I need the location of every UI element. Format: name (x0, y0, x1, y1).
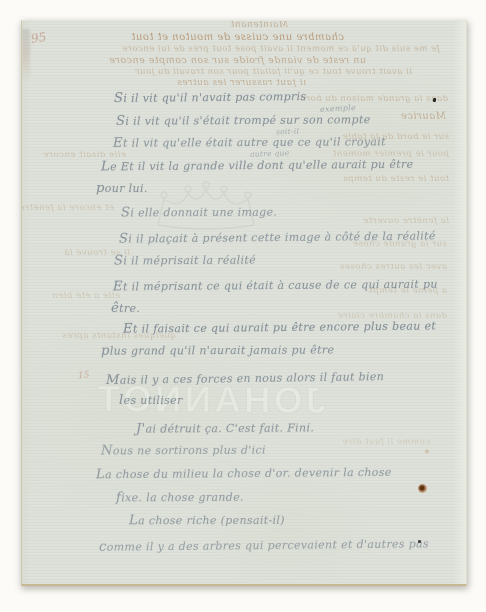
main-text-layer: Si il vit qu'il n'avait pas comprisSi il… (22, 21, 466, 584)
manuscript-line: Et il faisait ce qui aurait pu être enco… (123, 319, 436, 337)
small-ink-dot (418, 540, 421, 543)
manuscript-line: Le Et il vit la grande ville dont qu'ell… (101, 158, 414, 175)
margin-number-mark: 15 (78, 371, 90, 382)
manuscript-line: fixe. la chose grande. (116, 491, 244, 506)
left-edge-smudge (22, 29, 30, 81)
manuscript-line: les utiliser (119, 394, 183, 409)
manuscript-line: plus grand qu'il n'aurait jamais pu être (101, 343, 334, 359)
manuscript-line: Si elle donnait une image. (121, 206, 277, 221)
manuscript-line: J'ai détruit ça. C'est fait. Fini. (136, 421, 314, 437)
manuscript-line: être. (111, 302, 140, 317)
rust-foxing-spot (424, 449, 430, 454)
scan-background: Maintenantchambre une cuisse de mouton e… (0, 0, 486, 612)
paper-sheet: Maintenantchambre une cuisse de mouton e… (21, 20, 467, 586)
manuscript-line: pour lui. (96, 182, 148, 197)
manuscript-insertion: exemple (320, 104, 357, 115)
ink-stain (418, 484, 427, 493)
manuscript-line: comme il y a des arbres qui percevaient … (99, 537, 429, 555)
manuscript-line: Si il vit qu'il n'avait pas compris (114, 90, 307, 107)
manuscript-line: Si il méprisait la réalité (114, 254, 256, 270)
manuscript-line: Si il vit qu'il s'était trompé sur son c… (116, 113, 371, 129)
manuscript-insertion: autre que (250, 149, 290, 159)
manuscript-line: La chose riche (pensait-il) (129, 514, 285, 529)
manuscript-line: Mais il y a ces forces en nous alors il … (106, 370, 384, 388)
manuscript-insertion: soit-il (276, 128, 299, 137)
manuscript-line: La chose du milieu la chose d'or. deveni… (96, 466, 392, 483)
manuscript-line: Si il plaçait à présent cette image à cô… (119, 229, 436, 247)
corner-page-number: 95 (30, 30, 47, 46)
manuscript-line: Et il méprisant ce qui était à cause de … (113, 278, 438, 295)
manuscript-line: Nous ne sortirons plus d'ici (101, 444, 266, 459)
